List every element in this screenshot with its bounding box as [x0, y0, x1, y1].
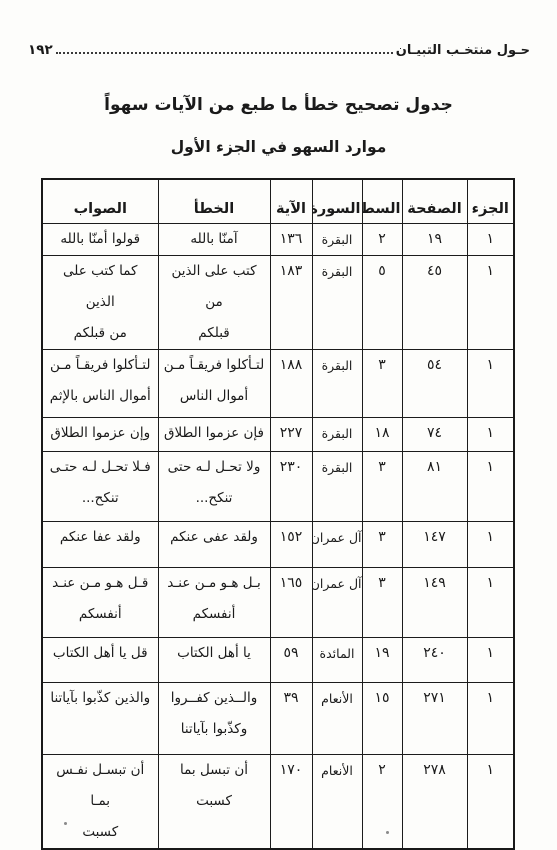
- table-row: ١ ٨١ ٣ البقرة ٢٣٠ ولا تحـل لـه حتى تنكح.…: [42, 451, 514, 521]
- page-number: ١٩٢: [28, 42, 53, 58]
- cell-correction: ولقد عفا عنكم: [42, 521, 158, 567]
- cell-correction: كما كتب على الذين من قبلكم: [42, 255, 158, 349]
- cell-ayah: ٢٣٠: [270, 451, 312, 521]
- scan-speck: [444, 103, 446, 105]
- dots-leader: [56, 52, 393, 54]
- cell-juz: ١: [467, 521, 514, 567]
- cell-juz: ١: [467, 682, 514, 754]
- col-header-page: الصفحة: [402, 179, 467, 223]
- cell-juz: ١: [467, 223, 514, 255]
- cell-line: ٥: [362, 255, 402, 349]
- col-header-line: السطر: [362, 179, 402, 223]
- cell-page: ٨١: [402, 451, 467, 521]
- cell-line: ٣: [362, 521, 402, 567]
- cell-correction: قـل هـو مـن عنـد أنفسكم: [42, 567, 158, 637]
- cell-surah: الأنعام: [312, 754, 362, 849]
- cell-line: ٣: [362, 451, 402, 521]
- table-row: ١ ٢٧٨ ٢ الأنعام ١٧٠ أن تبسل بما كسبت أن …: [42, 754, 514, 849]
- cell-error: آمنّا بالله: [158, 223, 270, 255]
- cell-surah: البقرة: [312, 223, 362, 255]
- running-header: حـول منتخـب التبيـان ١٩٢: [28, 42, 530, 58]
- cell-correction: والذين كذّبوا بآياتنا: [42, 682, 158, 754]
- cell-ayah: ٣٩: [270, 682, 312, 754]
- cell-correction: أن تبسـل نفـس بمـا كسبت: [42, 754, 158, 849]
- cell-juz: ١: [467, 417, 514, 451]
- col-header-correction: الصواب: [42, 179, 158, 223]
- cell-surah: آل عمران: [312, 567, 362, 637]
- cell-juz: ١: [467, 451, 514, 521]
- cell-error: ولقد عفى عنكم: [158, 521, 270, 567]
- cell-ayah: ١٨٨: [270, 349, 312, 417]
- table-row: ١ ٧٤ ١٨ البقرة ٢٢٧ فإن عزموا الطلاق وإن …: [42, 417, 514, 451]
- page-title: جدول تصحيح خطأ ما طبع من الآيات سهواً: [0, 95, 557, 115]
- cell-ayah: ١٣٦: [270, 223, 312, 255]
- cell-page: ٤٥: [402, 255, 467, 349]
- table-row: ١ ١٤٩ ٣ آل عمران ١٦٥ بـل هـو مـن عنـد أن…: [42, 567, 514, 637]
- cell-error: لتـأكلوا فريقـاً مـن أموال الناس: [158, 349, 270, 417]
- cell-juz: ١: [467, 255, 514, 349]
- cell-page: ٢٧٨: [402, 754, 467, 849]
- cell-error: ولا تحـل لـه حتى تنكح...: [158, 451, 270, 521]
- cell-page: ٢٤٠: [402, 637, 467, 682]
- cell-correction: وإن عزموا الطلاق: [42, 417, 158, 451]
- cell-page: ٢٧١: [402, 682, 467, 754]
- cell-surah: البقرة: [312, 255, 362, 349]
- cell-ayah: ١٥٢: [270, 521, 312, 567]
- cell-line: ١٨: [362, 417, 402, 451]
- cell-correction: فـلا تحـل لـه حتـى تنكح...: [42, 451, 158, 521]
- cell-error: يا أهل الكتاب: [158, 637, 270, 682]
- cell-correction: قولوا أمنّا بالله: [42, 223, 158, 255]
- cell-error: والــذين كفــروا وكذّبوا بآياتنا: [158, 682, 270, 754]
- cell-line: ٢: [362, 754, 402, 849]
- col-header-surah: السورة: [312, 179, 362, 223]
- cell-correction: لتـأكلوا فريقـاً مـن أموال الناس بالإثم: [42, 349, 158, 417]
- table-row: ١ ٢٤٠ ١٩ المائدة ٥٩ يا أهل الكتاب قل يا …: [42, 637, 514, 682]
- table-row: ١ ١٤٧ ٣ آل عمران ١٥٢ ولقد عفى عنكم ولقد …: [42, 521, 514, 567]
- col-header-ayah: الآية: [270, 179, 312, 223]
- table-row: ١ ٤٥ ٥ البقرة ١٨٣ كتب على الذين من قبلكم…: [42, 255, 514, 349]
- cell-error: فإن عزموا الطلاق: [158, 417, 270, 451]
- scanned-book-page: حـول منتخـب التبيـان ١٩٢ جدول تصحيح خطأ …: [0, 0, 557, 850]
- table-header-row: الجزء الصفحة السطر السورة الآية الخطأ ال…: [42, 179, 514, 223]
- cell-line: ٣: [362, 567, 402, 637]
- col-header-juz: الجزء: [467, 179, 514, 223]
- page-subtitle: موارد السهو في الجزء الأول: [0, 138, 557, 156]
- cell-page: ٥٤: [402, 349, 467, 417]
- cell-error: بـل هـو مـن عنـد أنفسكم: [158, 567, 270, 637]
- table-row: ١ ١٩ ٢ البقرة ١٣٦ آمنّا بالله قولوا أمنّ…: [42, 223, 514, 255]
- cell-page: ١٩: [402, 223, 467, 255]
- cell-surah: الأنعام: [312, 682, 362, 754]
- cell-juz: ١: [467, 567, 514, 637]
- cell-surah: البقرة: [312, 417, 362, 451]
- cell-surah: المائدة: [312, 637, 362, 682]
- scan-speck: [386, 831, 389, 834]
- cell-surah: البقرة: [312, 349, 362, 417]
- cell-ayah: ٢٢٧: [270, 417, 312, 451]
- cell-ayah: ٥٩: [270, 637, 312, 682]
- cell-juz: ١: [467, 349, 514, 417]
- running-header-book-title: حـول منتخـب التبيـان: [396, 43, 530, 58]
- cell-correction: قل يا أهل الكتاب: [42, 637, 158, 682]
- cell-page: ٧٤: [402, 417, 467, 451]
- cell-surah: آل عمران: [312, 521, 362, 567]
- cell-surah: البقرة: [312, 451, 362, 521]
- col-header-error: الخطأ: [158, 179, 270, 223]
- cell-juz: ١: [467, 637, 514, 682]
- cell-error: أن تبسل بما كسبت: [158, 754, 270, 849]
- cell-page: ١٤٩: [402, 567, 467, 637]
- cell-error: كتب على الذين من قبلكم: [158, 255, 270, 349]
- scan-speck: [64, 822, 67, 825]
- cell-line: ١٥: [362, 682, 402, 754]
- table-row: ١ ٥٤ ٣ البقرة ١٨٨ لتـأكلوا فريقـاً مـن أ…: [42, 349, 514, 417]
- cell-ayah: ١٧٠: [270, 754, 312, 849]
- cell-ayah: ١٨٣: [270, 255, 312, 349]
- cell-line: ٢: [362, 223, 402, 255]
- cell-line: ٣: [362, 349, 402, 417]
- cell-page: ١٤٧: [402, 521, 467, 567]
- cell-ayah: ١٦٥: [270, 567, 312, 637]
- table-row: ١ ٢٧١ ١٥ الأنعام ٣٩ والــذين كفــروا وكذ…: [42, 682, 514, 754]
- cell-juz: ١: [467, 754, 514, 849]
- cell-line: ١٩: [362, 637, 402, 682]
- corrections-table: الجزء الصفحة السطر السورة الآية الخطأ ال…: [41, 178, 515, 850]
